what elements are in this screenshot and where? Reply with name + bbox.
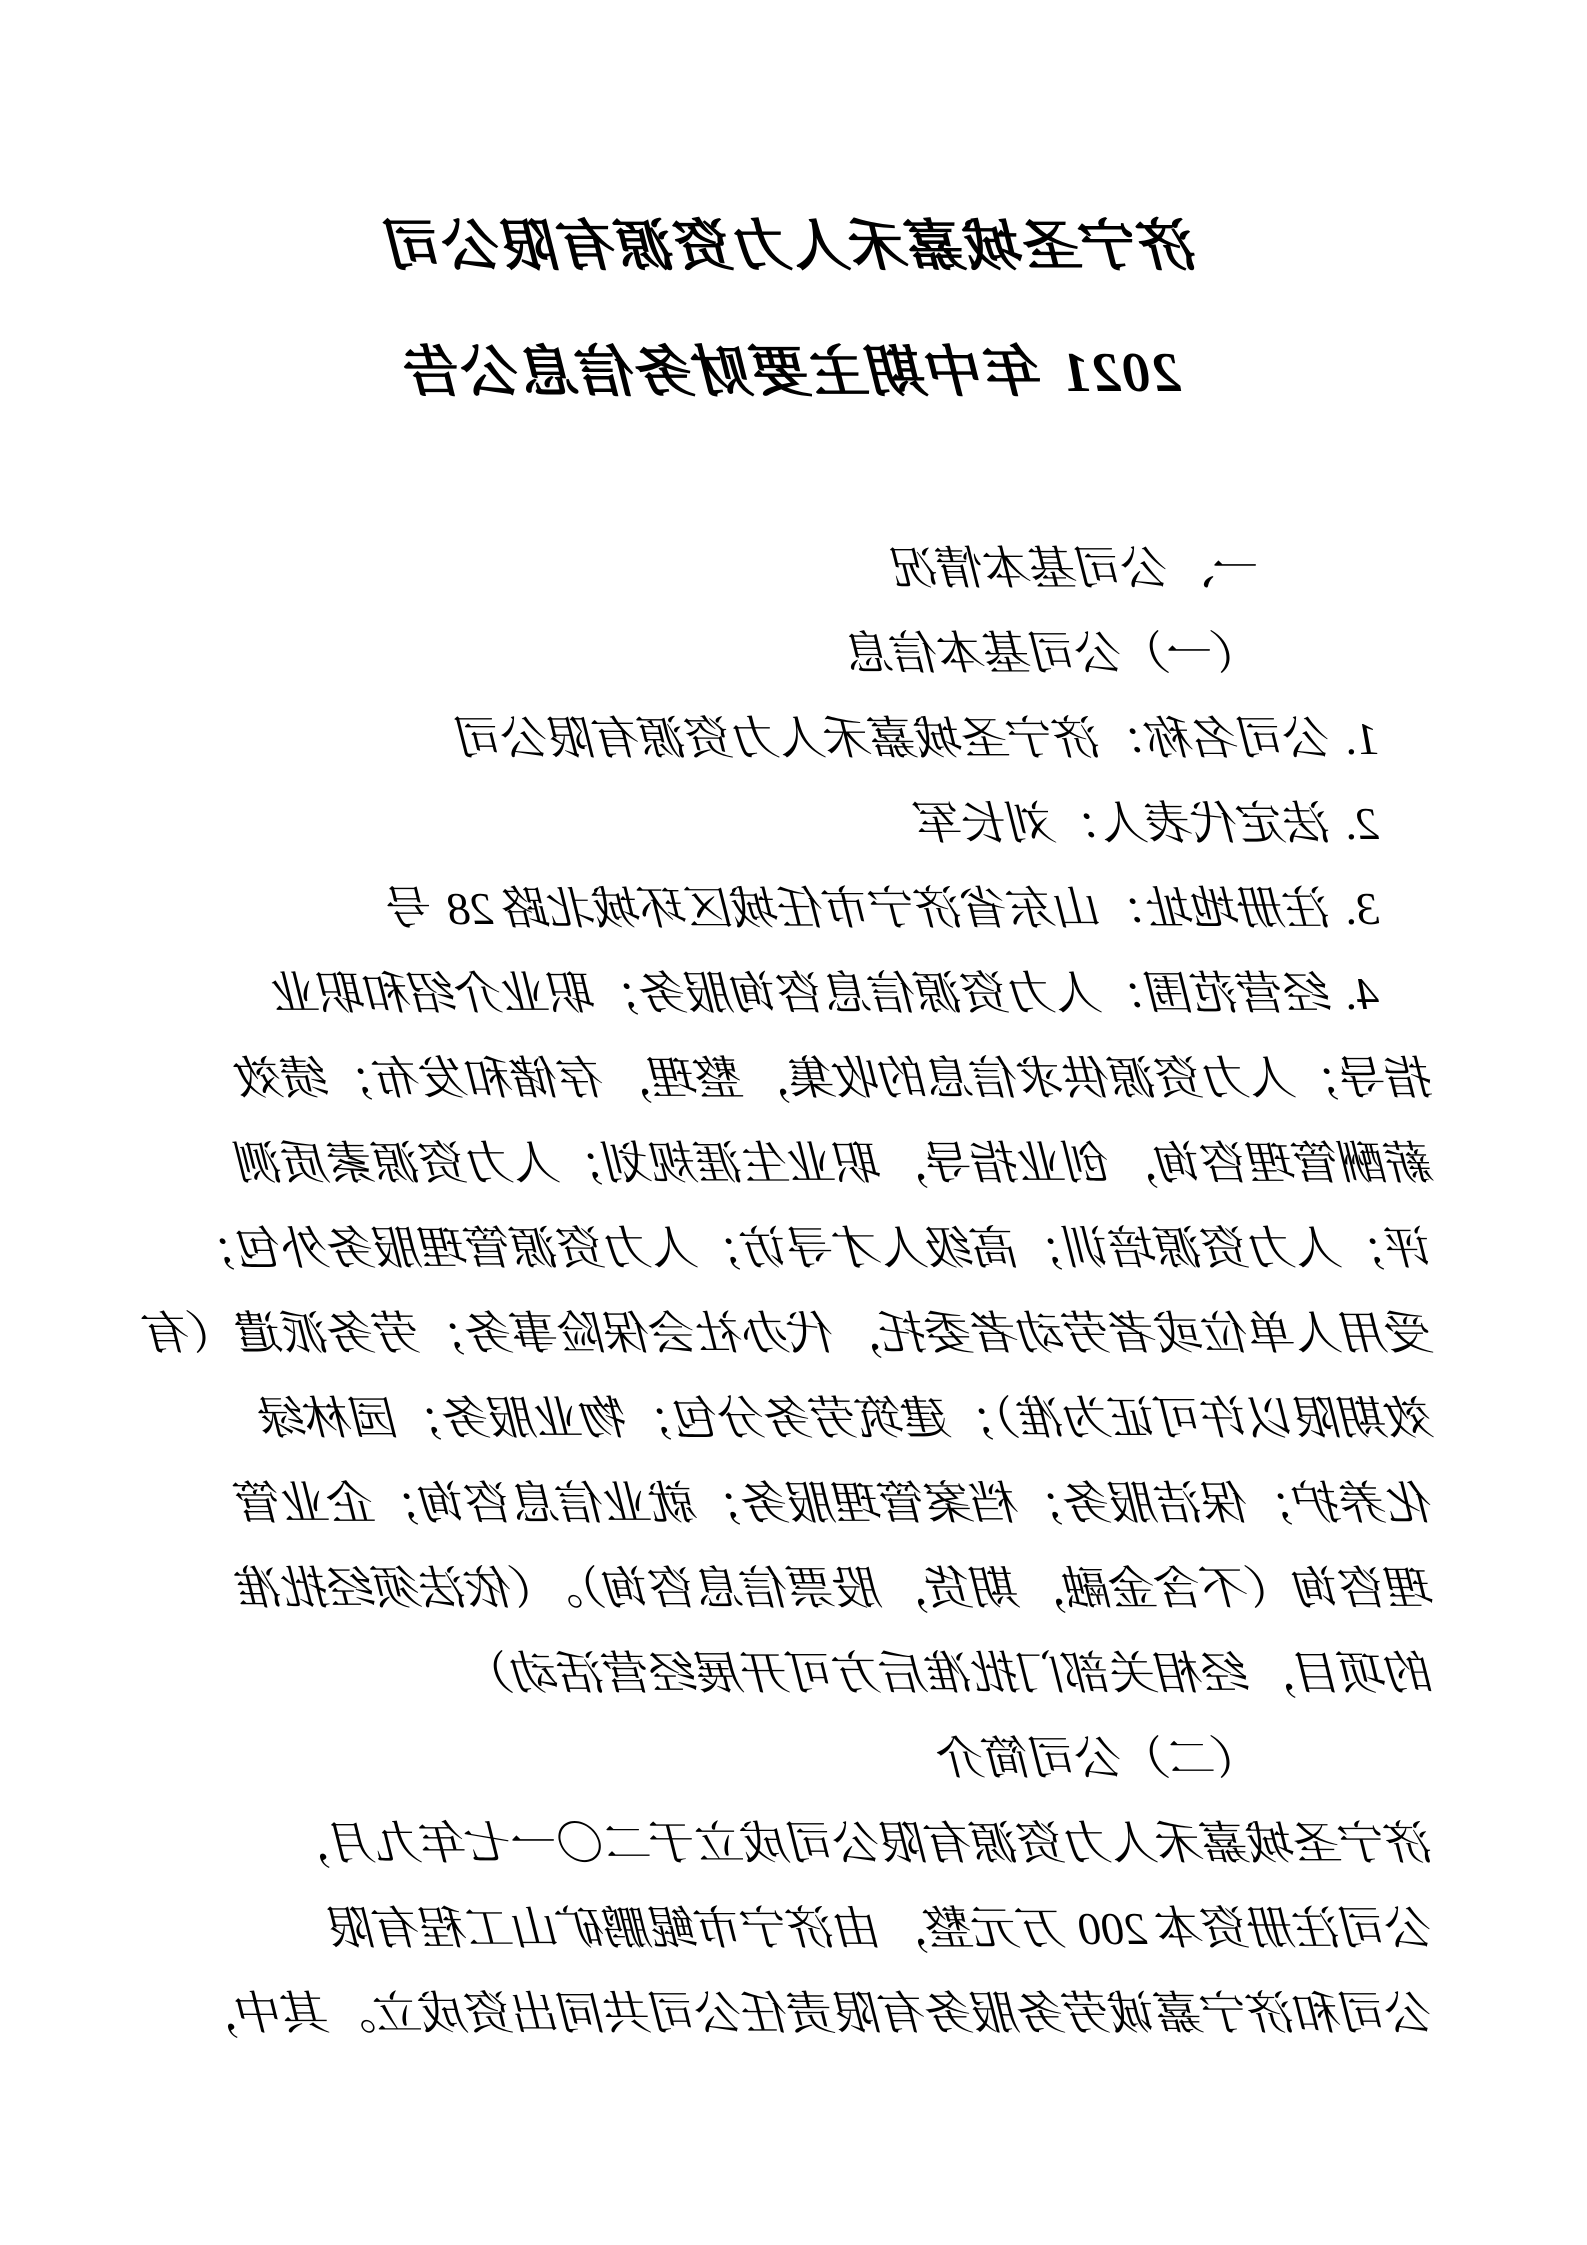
text-line: 受用人单位或者劳动者委托，代办社会保险事务；劳务派遣（有 — [152, 1291, 1435, 1376]
text-line: 化养护；保洁服务；档案管理服务；就业信息咨询；企业管 — [152, 1461, 1435, 1546]
text-line: 公司和济宁嘉诚劳务服务有限责任公司共同出资成立。其中， — [152, 1971, 1435, 2056]
text-line: （一）公司基本信息 — [152, 611, 1435, 696]
document-header: 济宁圣城嘉禾人力资源有限公司 2021 年中期主要财务信息公告 — [0, 0, 1587, 436]
text-line: 指导；人力资源供求信息的收集，整理，存储和发布；绩效 — [152, 1036, 1435, 1121]
document-body: 一、公司基本情况（一）公司基本信息1. 公司名称：济宁圣城嘉禾人力资源有限公司2… — [0, 526, 1587, 2056]
text-line: 理咨询（不含金融，期货，股票信息咨询）。（依法须经批准 — [152, 1546, 1435, 1631]
text-line: 济宁圣城嘉禾人力资源有限公司成立于二〇一七年九月， — [152, 1801, 1435, 1886]
text-line: 评；人力资源培训；高级人才寻访；人力资源管理服务外包； — [152, 1206, 1435, 1291]
text-line: 薪酬管理咨询，创业指导，职业生涯规划；人力资源素质测 — [152, 1121, 1435, 1206]
document-title-line-2: 2021 年中期主要财务信息公告 — [0, 310, 1587, 436]
document-page: 济宁圣城嘉禾人力资源有限公司 2021 年中期主要财务信息公告 一、公司基本情况… — [0, 0, 1587, 2245]
mirrored-content: 济宁圣城嘉禾人力资源有限公司 2021 年中期主要财务信息公告 一、公司基本情况… — [0, 0, 1587, 2245]
text-line: 一、公司基本情况 — [152, 526, 1435, 611]
text-line: 2. 法定代表人：刘长军 — [152, 781, 1435, 866]
text-line: 1. 公司名称：济宁圣城嘉禾人力资源有限公司 — [152, 696, 1435, 781]
text-line: 的项目，经相关部门批准后方可开展经营活动） — [152, 1631, 1435, 1716]
text-line: 公司注册资本 200 万元整，由济宁市鲲鹏矿山工程有限 — [152, 1886, 1435, 1971]
text-line: 4. 经营范围：人力资源信息咨询服务；职业介绍和职业 — [152, 951, 1435, 1036]
text-line: （二）公司简介 — [152, 1716, 1435, 1801]
document-title-line-1: 济宁圣城嘉禾人力资源有限公司 — [0, 184, 1587, 310]
text-line: 3. 注册地址：山东省济宁市任城区环城北路 28 号 — [152, 866, 1435, 951]
text-line: 效期限以许可证为准）；建筑劳务分包；物业服务；园林绿 — [152, 1376, 1435, 1461]
